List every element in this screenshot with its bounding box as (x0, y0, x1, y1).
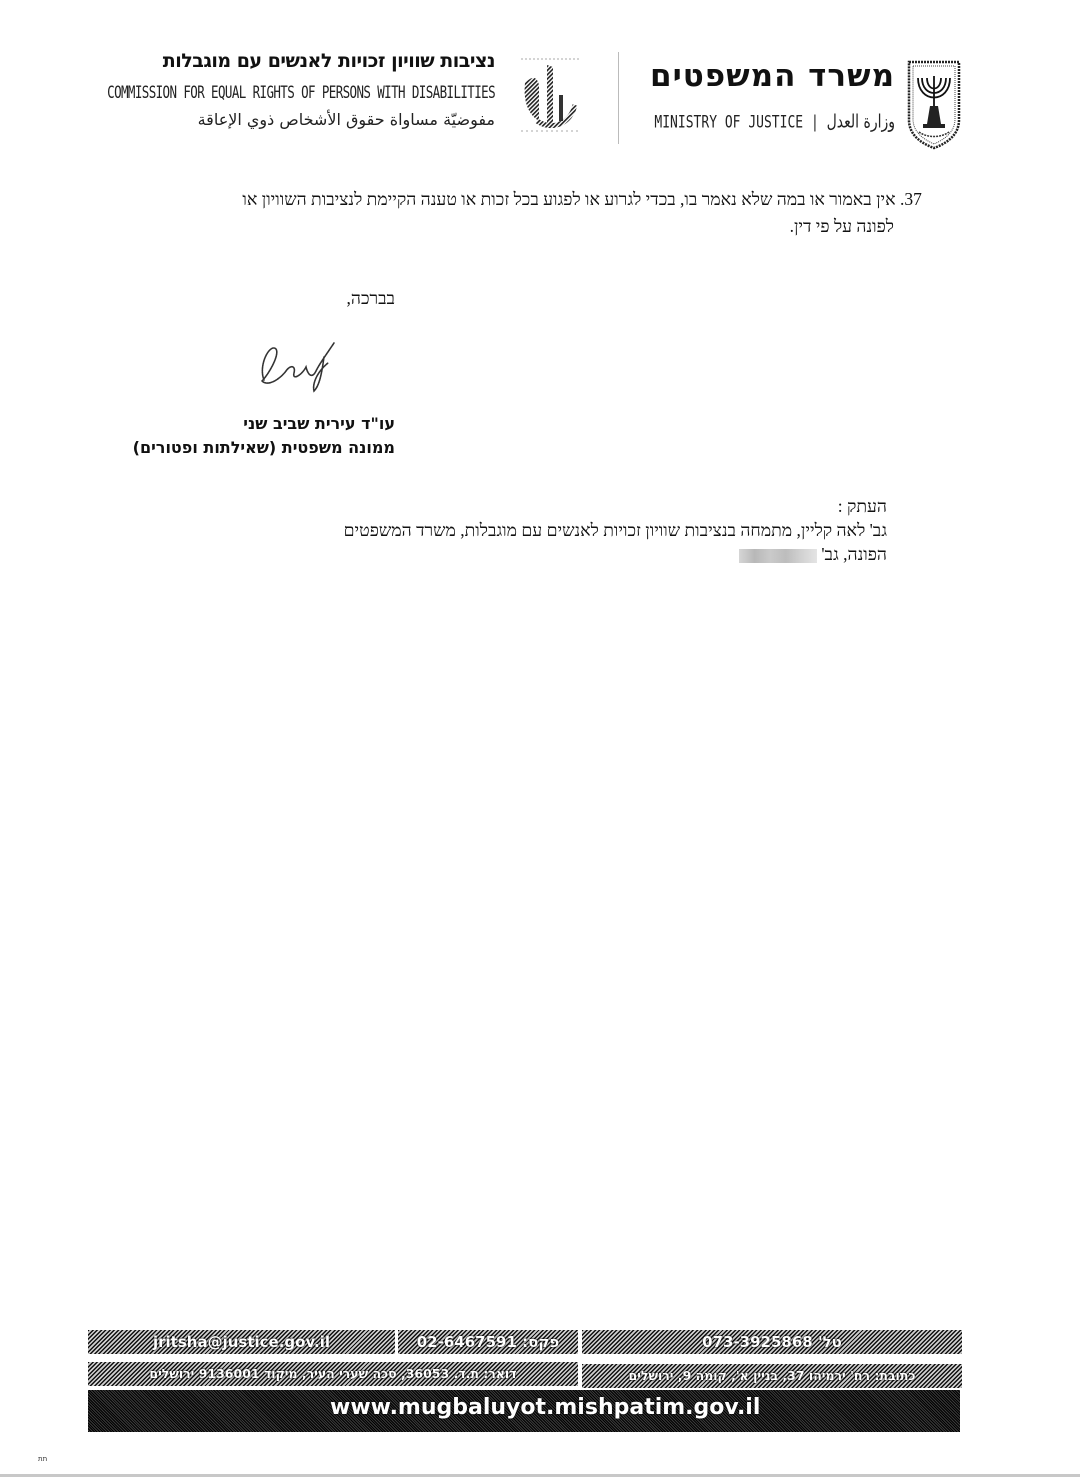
commission-name-hebrew: נציבות שוויון זכויות לאנשים עם מוגבלות (100, 50, 495, 72)
state-emblem-menorah-icon (905, 58, 963, 150)
paragraph-line-1: 37. אין באמור או במה שלא נאמר בו, בכדי ל… (100, 186, 930, 213)
cc-recipient-1: גב' לאה קליין, מתמחה בנציבות שוויון זכוי… (230, 518, 887, 542)
page-mark: תת (38, 1455, 47, 1463)
cc-label: העתק : (230, 494, 887, 518)
cc-recipient-2-prefix: הפונה, גב' (821, 544, 887, 564)
footer-fax: פקס: 02-6467591 (398, 1330, 578, 1354)
redacted-name (739, 549, 817, 563)
cc-recipient-2: הפונה, גב' (230, 542, 887, 566)
commission-name-arabic: مفوضيّة مساواة حقوق الأشخاص ذوي الإعاقة (100, 110, 495, 129)
closing-salutation: בברכה, (200, 288, 395, 309)
footer-mail-address: דואר: ת.ד. 36053, סכה שערי העיר, מיקוד 9… (88, 1362, 578, 1386)
ministry-name-arabic: وزارة العدل (827, 112, 895, 133)
signer-title: ממונה משפטית (שאילתות ופטורים) (100, 438, 395, 457)
footer-tel-number: 073-3925868 (702, 1333, 813, 1351)
footer-tel: טל' 073-3925868 (582, 1330, 962, 1354)
paragraph-text-line-1: אין באמור או במה שלא נאמר בו, בכדי לגרוע… (242, 189, 895, 209)
commission-name-english: COMMISSION FOR EQUAL RIGHTS OF PERSONS W… (100, 82, 495, 102)
footer-fax-label: פקס: (522, 1333, 559, 1351)
commission-logo-icon (515, 55, 585, 135)
footer-fax-number: 02-6467591 (417, 1333, 517, 1351)
paragraph-37: 37. אין באמור או במה שלא נאמר בו, בכדי ל… (100, 186, 930, 240)
footer-street-address: כתובת: רח' ירמיהו 37, בניין א', קומה 9, … (582, 1364, 962, 1388)
footer-email[interactable]: jritsha@justice.gov.il (88, 1330, 395, 1354)
ministry-name-english: MINISTRY OF JUSTICE (654, 113, 803, 133)
ministry-name-row: MINISTRY OF JUSTICE | وزارة العدل (640, 112, 895, 133)
paragraph-number: 37. (900, 186, 930, 213)
footer-website-link[interactable]: www.mugbaluyot.mishpatim.gov.il (330, 1395, 710, 1427)
header-divider (618, 52, 619, 144)
handwritten-signature (250, 335, 350, 395)
footer-tel-label: טל' (818, 1333, 842, 1351)
signer-name: עו"ד עירית שביב שני (100, 414, 395, 433)
paragraph-text-line-2: לפונה על פי דין. (100, 213, 930, 240)
ministry-separator: | (811, 113, 819, 133)
cc-block: העתק : גב' לאה קליין, מתמחה בנציבות שווי… (230, 494, 887, 566)
ministry-name-hebrew: משרד המשפטים (640, 58, 895, 94)
